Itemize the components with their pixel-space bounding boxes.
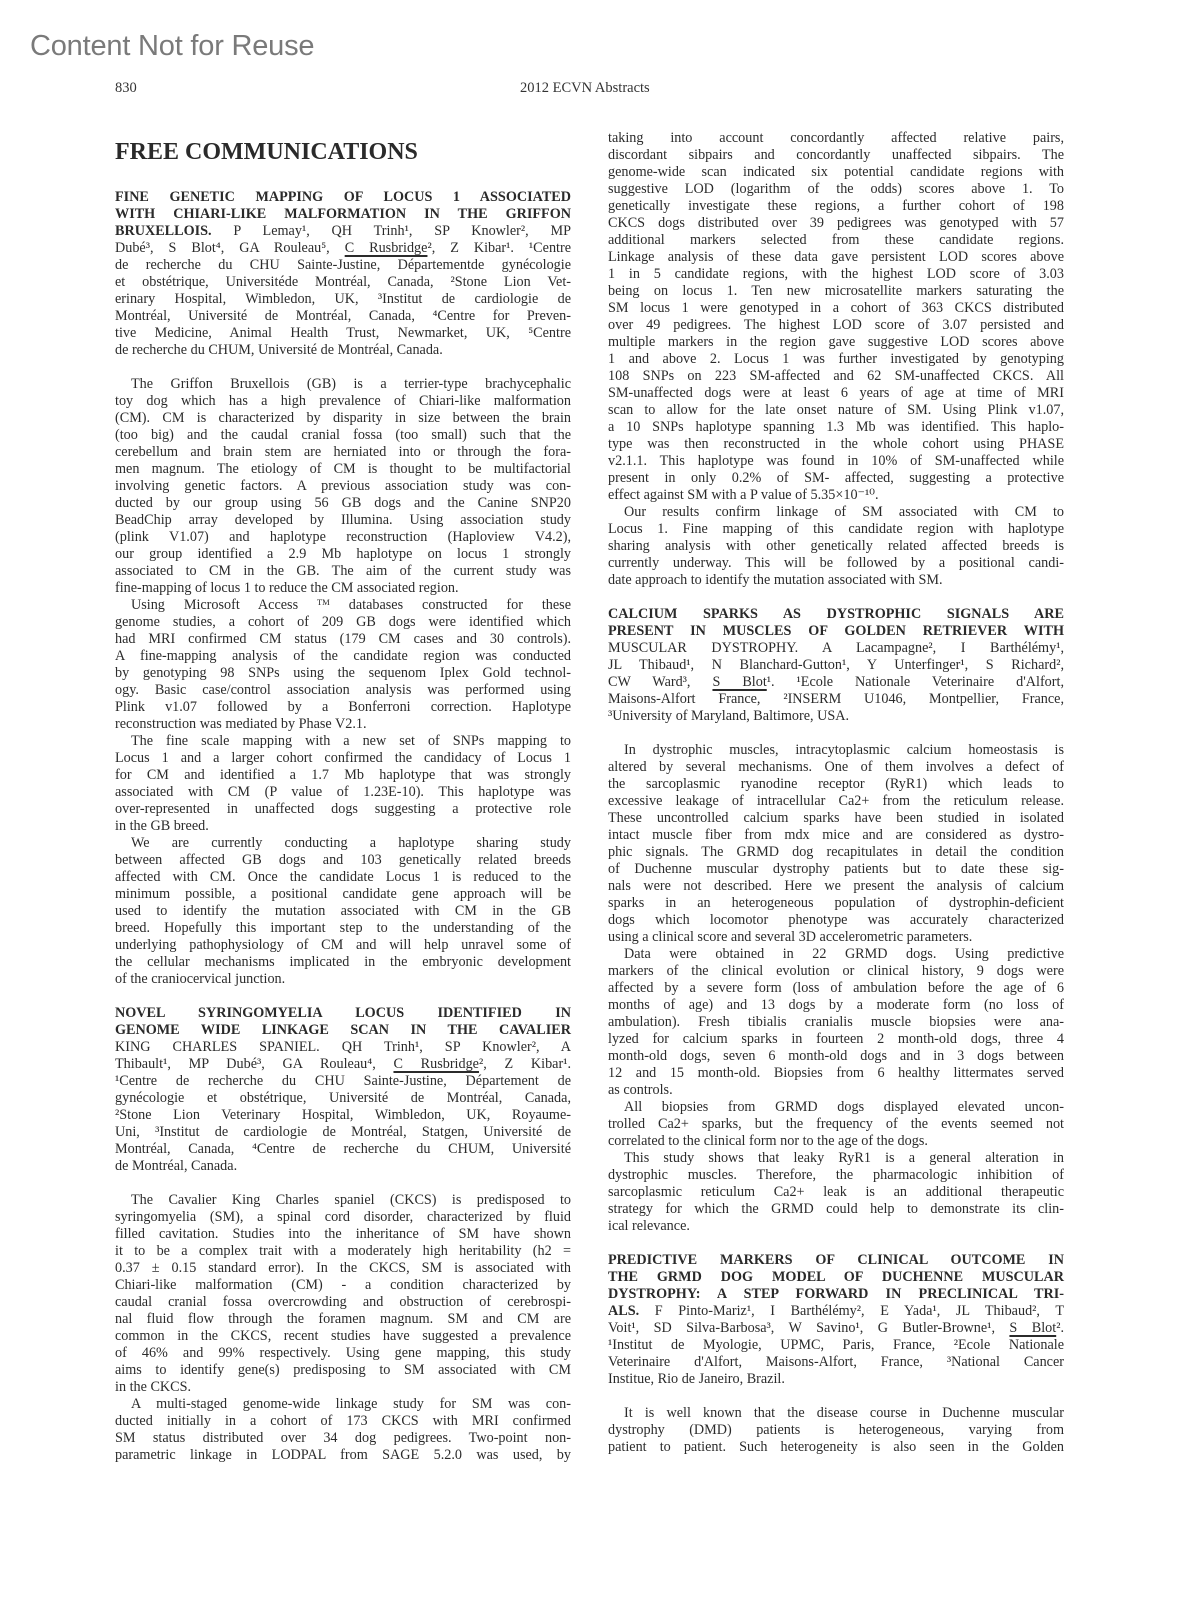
text-line: ducted by our group using 56 GB dogs and… xyxy=(115,495,571,512)
text-line: in the CKCS. xyxy=(115,1379,571,1396)
text-line: SM-unaffected dogs were at least 6 years… xyxy=(608,385,1064,402)
text-line: CKCS dogs distributed over 39 pedigrees … xyxy=(608,215,1064,232)
abstract-header-line: Dubé³, S Blot⁴, GA Rouleau⁵, C Rusbridge… xyxy=(115,240,571,257)
abstract-header-line: Uni, ³Institut de cardiologie de Montréa… xyxy=(115,1124,571,1141)
presenting-author: S Blot xyxy=(712,674,766,690)
abstract-header-line: Veterinaire d'Alfort, Maisons-Alfort, Fr… xyxy=(608,1354,1064,1371)
abstract-header-line: Maisons-Alfort France, ²INSERM U1046, Mo… xyxy=(608,691,1064,708)
text-line: common in the CKCS, recent studies have … xyxy=(115,1328,571,1345)
abstract-paragraph: The fine scale mapping with a new set of… xyxy=(115,733,571,835)
spacer xyxy=(115,359,571,376)
right-column: taking into account concordantly affecte… xyxy=(608,130,1064,1456)
abstract-header-line: de Montréal, Canada. xyxy=(115,1158,571,1175)
text-line: Plink v1.07 followed by a Bonferroni cor… xyxy=(115,699,571,716)
section-heading: FREE COMMUNICATIONS xyxy=(115,133,571,177)
text-line: by genotyping 98 SNPs using the sequenom… xyxy=(115,665,571,682)
text-line: lyzed for calcium sparks in fourteen 2 m… xyxy=(608,1031,1064,1048)
abstract-locus1-griffon: FINE GENETIC MAPPING OF LOCUS 1 ASSOCIAT… xyxy=(115,189,571,988)
text-line: over 49 pedigrees. The highest LOD score… xyxy=(608,317,1064,334)
text-line: date approach to identify the mutation a… xyxy=(608,572,1064,589)
abstract-header-line: ¹Centre de recherche du CHU Sainte-Justi… xyxy=(115,1073,571,1090)
text-line: the sarcoplasmic ryanodine receptor (RyR… xyxy=(608,776,1064,793)
abstract-header-line: CALCIUM SPARKS AS DYSTROPHIC SIGNALS ARE xyxy=(608,606,1064,623)
text-line: ogy. Basic case/control association anal… xyxy=(115,682,571,699)
text-line: of Duchenne muscular dystrophy patients … xyxy=(608,861,1064,878)
text-line: dogs which locomotor phenotype was accur… xyxy=(608,912,1064,929)
text-line: ambulation). Fresh tibialis cranialis mu… xyxy=(608,1014,1064,1031)
abstract-header-line: ²Stone Lion Veterinary Hospital, Wimbled… xyxy=(115,1107,571,1124)
text-line: markers of the clinical evolution or cli… xyxy=(608,963,1064,980)
watermark: Content Not for Reuse xyxy=(30,30,314,63)
text-line: the cellular mechanisms implicated in th… xyxy=(115,954,571,971)
text-line: suggestive LOD (logarithm of the odds) s… xyxy=(608,181,1064,198)
text-line: Locus 1 and a larger cohort confirmed th… xyxy=(115,750,571,767)
abstract-header-line: ³University of Maryland, Baltimore, USA. xyxy=(608,708,1064,725)
text-line: Locus 1. Fine mapping of this candidate … xyxy=(608,521,1064,538)
text-line: between affected GB dogs and 103 genetic… xyxy=(115,852,571,869)
abstract-calcium-sparks-grmd: CALCIUM SPARKS AS DYSTROPHIC SIGNALS ARE… xyxy=(608,606,1064,1235)
text-line: These uncontrolled calcium sparks have b… xyxy=(608,810,1064,827)
abstract-header-line: THE GRMD DOG MODEL OF DUCHENNE MUSCULAR xyxy=(608,1269,1064,1286)
text-line: intact muscle fiber from mdx mice and ar… xyxy=(608,827,1064,844)
abstract-paragraph: We are currently conducting a haplotype … xyxy=(115,835,571,988)
text-line: of 46% and 99% respectively. Using gene … xyxy=(115,1345,571,1362)
text-line: using a clinical score and several 3D ac… xyxy=(608,929,1064,946)
abstract-header-line: WITH CHIARI-LIKE MALFORMATION IN THE GRI… xyxy=(115,206,571,223)
text-line: genetically investigate these regions, a… xyxy=(608,198,1064,215)
abstract-header-line: erinary Hospital, Wimbledon, UK, ³Instit… xyxy=(115,291,571,308)
abstract-header-line: tive Medicine, Animal Health Trust, Newm… xyxy=(115,325,571,342)
abstract-header-line: Voit¹, SD Silva-Barbosa³, W Savino¹, G B… xyxy=(608,1320,1064,1337)
text-line: syringomyelia (SM), a spinal cord disord… xyxy=(115,1209,571,1226)
text-line: nal fluid flow through the foramen magnu… xyxy=(115,1311,571,1328)
text-line: scan to allow for the late onset nature … xyxy=(608,402,1064,419)
text-line: aims to identify gene(s) predisposing to… xyxy=(115,1362,571,1379)
text-line: genome-wide scan indicated six potential… xyxy=(608,164,1064,181)
text-line: sharing analysis with other genetically … xyxy=(608,538,1064,555)
presenting-author: S Blot xyxy=(1009,1320,1056,1336)
abstract-header-line: MUSCULAR DYSTROPHY. A Lacampagne², I Bar… xyxy=(608,640,1064,657)
abstract-paragraph: Our results confirm linkage of SM associ… xyxy=(608,504,1064,589)
text-line: month-old dogs, seven 6 month-old dogs a… xyxy=(608,1048,1064,1065)
abstract-header-line: PREDICTIVE MARKERS OF CLINICAL OUTCOME I… xyxy=(608,1252,1064,1269)
spacer xyxy=(115,988,571,1005)
text-line: (too big) and the caudal cranial fossa (… xyxy=(115,427,571,444)
text-line: used to identify the mutation associated… xyxy=(115,903,571,920)
abstract-predictive-markers-grmd: PREDICTIVE MARKERS OF CLINICAL OUTCOME I… xyxy=(608,1252,1064,1456)
abstract-paragraph: All biopsies from GRMD dogs displayed el… xyxy=(608,1099,1064,1150)
text-line: associated to CM in the GB. The aim of t… xyxy=(115,563,571,580)
abstract-header-line: Montréal, Canada, ⁴Centre de recherche d… xyxy=(115,1141,571,1158)
text-line: 0.37 ± 0.15 standard error). In the CKCS… xyxy=(115,1260,571,1277)
text-line: months of age) and 13 dogs by a moderate… xyxy=(608,997,1064,1014)
text-line: We are currently conducting a haplotype … xyxy=(115,835,571,852)
abstract-syringomyelia-ckcs: NOVEL SYRINGOMYELIA LOCUS IDENTIFIED ING… xyxy=(115,1005,571,1464)
abstract-header-line: ALS. F Pinto-Mariz¹, I Barthélémy², E Ya… xyxy=(608,1303,1064,1320)
text-line: toy dog which has a high prevalence of C… xyxy=(115,393,571,410)
abstract-paragraph: A multi-staged genome-wide linkage study… xyxy=(115,1396,571,1464)
text-line: correlated to the clinical form nor to t… xyxy=(608,1133,1064,1150)
abstract-paragraph: This study shows that leaky RyR1 is a ge… xyxy=(608,1150,1064,1235)
journal-title: 2012 ECVN Abstracts xyxy=(520,80,650,97)
text-line: SM status distributed over 34 dog pedigr… xyxy=(115,1430,571,1447)
text-line: Our results confirm linkage of SM associ… xyxy=(608,504,1064,521)
text-line: minimum possible, a positional candidate… xyxy=(115,886,571,903)
text-line: v2.1.1. This haplotype was found in 10% … xyxy=(608,453,1064,470)
text-line: fine-mapping of locus 1 to reduce the CM… xyxy=(115,580,571,597)
text-line: (plink V1.07) and haplotype reconstructi… xyxy=(115,529,571,546)
text-line: Data were obtained in 22 GRMD dogs. Usin… xyxy=(608,946,1064,963)
text-line: patient to patient. Such heterogeneity i… xyxy=(608,1439,1064,1456)
spacer xyxy=(608,725,1064,742)
abstract-header-line: GENOME WIDE LINKAGE SCAN IN THE CAVALIER xyxy=(115,1022,571,1039)
text-line: 12 and 15 month-old. Biopsies from 6 hea… xyxy=(608,1065,1064,1082)
text-line: altered by several mechanisms. One of th… xyxy=(608,759,1064,776)
abstract-header-line: CW Ward³, S Blot¹. ¹Ecole Nationale Vete… xyxy=(608,674,1064,691)
text-line: present in only 0.2% of SM- affected, su… xyxy=(608,470,1064,487)
text-line: SM locus 1 were genotyped in a cohort of… xyxy=(608,300,1064,317)
text-line: multiple markers in the region gave sugg… xyxy=(608,334,1064,351)
text-line: involving genetic factors. A previous as… xyxy=(115,478,571,495)
text-line: discordant sibpairs and concordantly una… xyxy=(608,147,1064,164)
text-line: over-represented in unaffected dogs sugg… xyxy=(115,801,571,818)
text-line: trolled Ca2+ sparks, but the frequency o… xyxy=(608,1116,1064,1133)
abstract-paragraph: taking into account concordantly affecte… xyxy=(608,130,1064,504)
text-line: had MRI confirmed CM status (179 CM case… xyxy=(115,631,571,648)
spacer xyxy=(608,1235,1064,1252)
text-line: dystrophic muscles. Therefore, the pharm… xyxy=(608,1167,1064,1184)
text-line: additional markers selected from these c… xyxy=(608,232,1064,249)
text-line: cerebellum and brain stem are herniated … xyxy=(115,444,571,461)
text-line: BeadChip array developed by Illumina. Us… xyxy=(115,512,571,529)
abstract-header-line: de recherche du CHU Sainte-Justine, Dépa… xyxy=(115,257,571,274)
text-line: phic signals. The GRMD dog recapitulates… xyxy=(608,844,1064,861)
text-line: A fine-mapping analysis of the candidate… xyxy=(115,648,571,665)
text-line: type was then reconstructed in the whole… xyxy=(608,436,1064,453)
spacer xyxy=(608,1388,1064,1405)
text-line: 1 in 5 candidate regions, with the highe… xyxy=(608,266,1064,283)
abstract-header-line: NOVEL SYRINGOMYELIA LOCUS IDENTIFIED IN xyxy=(115,1005,571,1022)
text-line: 1 and above 2. Locus 1 was further inves… xyxy=(608,351,1064,368)
abstract-header-line: PRESENT IN MUSCLES OF GOLDEN RETRIEVER W… xyxy=(608,623,1064,640)
abstract-header-line: gynécologie et obstétrique, Université d… xyxy=(115,1090,571,1107)
text-line: sarcoplasmic reticulum Ca2+ leak is an a… xyxy=(608,1184,1064,1201)
text-line: It is well known that the disease course… xyxy=(608,1405,1064,1422)
text-line: strategy for which the GRMD could help t… xyxy=(608,1201,1064,1218)
text-line: being on locus 1. Ten new microsatellite… xyxy=(608,283,1064,300)
text-line: men magnum. The etiology of CM is though… xyxy=(115,461,571,478)
text-line: taking into account concordantly affecte… xyxy=(608,130,1064,147)
abstract-paragraph: The Cavalier King Charles spaniel (CKCS)… xyxy=(115,1192,571,1396)
abstract-header-line: KING CHARLES SPANIEL. QH Trinh¹, SP Know… xyxy=(115,1039,571,1056)
presenting-author: C Rusbridge xyxy=(393,1056,479,1072)
abstract-syringomyelia-ckcs-continued: taking into account concordantly affecte… xyxy=(608,130,1064,589)
text-line: filled cavitation. Studies into the inhe… xyxy=(115,1226,571,1243)
abstract-paragraph: The Griffon Bruxellois (GB) is a terrier… xyxy=(115,376,571,597)
text-line: This study shows that leaky RyR1 is a ge… xyxy=(608,1150,1064,1167)
abstract-paragraph: In dystrophic muscles, intracytoplasmic … xyxy=(608,742,1064,946)
text-line: dystrophy (DMD) patients is heterogeneou… xyxy=(608,1422,1064,1439)
text-line: caudal cranial fossa overcrowding and ob… xyxy=(115,1294,571,1311)
text-line: for CM and identified a 1.7 Mb haplotype… xyxy=(115,767,571,784)
text-line: effect against SM with a P value of 5.35… xyxy=(608,487,1064,504)
text-line: 108 SNPs on 223 SM-affected and 62 SM-un… xyxy=(608,368,1064,385)
abstract-header-line: Thibault¹, MP Dubé³, GA Rouleau⁴, C Rusb… xyxy=(115,1056,571,1073)
abstract-header-line: DYSTROPHY: A STEP FORWARD IN PRECLINICAL… xyxy=(608,1286,1064,1303)
text-line: nals were not described. Here we present… xyxy=(608,878,1064,895)
abstract-header-line: BRUXELLOIS. P Lemay¹, QH Trinh¹, SP Know… xyxy=(115,223,571,240)
text-line: it to be a complex trait with a moderate… xyxy=(115,1243,571,1260)
text-line: parametric linkage in LODPAL from SAGE 5… xyxy=(115,1447,571,1464)
abstract-paragraph: Using Microsoft Access ᵀᴹ databases cons… xyxy=(115,597,571,733)
text-line: of the craniocervical junction. xyxy=(115,971,571,988)
abstract-header-line: FINE GENETIC MAPPING OF LOCUS 1 ASSOCIAT… xyxy=(115,189,571,206)
abstract-paragraph: Data were obtained in 22 GRMD dogs. Usin… xyxy=(608,946,1064,1099)
presenting-author: C Rusbridge xyxy=(345,240,428,256)
text-line: (CM). CM is characterized by disparity i… xyxy=(115,410,571,427)
page-number: 830 xyxy=(115,80,137,97)
abstract-header-line: de recherche du CHUM, Université de Mont… xyxy=(115,342,571,359)
text-line: a 10 SNPs haplotype spanning 1.3 Mb was … xyxy=(608,419,1064,436)
text-line: Linkage analysis of these data gave pers… xyxy=(608,249,1064,266)
spacer xyxy=(608,589,1064,606)
text-line: The Cavalier King Charles spaniel (CKCS)… xyxy=(115,1192,571,1209)
text-line: as controls. xyxy=(608,1082,1064,1099)
text-line: underlying pathophysiology of CM and wil… xyxy=(115,937,571,954)
text-line: affected with CM. Once the candidate Loc… xyxy=(115,869,571,886)
text-line: excessive leakage of intracellular Ca2+ … xyxy=(608,793,1064,810)
text-line: The fine scale mapping with a new set of… xyxy=(115,733,571,750)
abstract-header-line: JL Thibaud¹, N Blanchard-Gutton¹, Y Unte… xyxy=(608,657,1064,674)
text-line: In dystrophic muscles, intracytoplasmic … xyxy=(608,742,1064,759)
text-line: All biopsies from GRMD dogs displayed el… xyxy=(608,1099,1064,1116)
text-line: in the GB breed. xyxy=(115,818,571,835)
text-line: our group identified a 2.9 Mb haplotype … xyxy=(115,546,571,563)
abstract-paragraph: It is well known that the disease course… xyxy=(608,1405,1064,1456)
text-line: sparks in an heterogeneous population of… xyxy=(608,895,1064,912)
spacer xyxy=(115,1175,571,1192)
abstract-header-line: ¹Institut de Myologie, UPMC, Paris, Fran… xyxy=(608,1337,1064,1354)
text-line: reconstruction was mediated by Phase V2.… xyxy=(115,716,571,733)
abstract-header-line: Montréal, Université de Montréal, Canada… xyxy=(115,308,571,325)
text-line: genome studies, a cohort of 209 GB dogs … xyxy=(115,614,571,631)
text-line: A multi-staged genome-wide linkage study… xyxy=(115,1396,571,1413)
text-line: affected by a severe form (loss of ambul… xyxy=(608,980,1064,997)
text-line: breed. Hopefully this important step to … xyxy=(115,920,571,937)
text-line: associated with CM (P value of 1.23E-10)… xyxy=(115,784,571,801)
left-column: FREE COMMUNICATIONS FINE GENETIC MAPPING… xyxy=(115,133,571,1464)
text-line: Chiari-like malformation (CM) - a condit… xyxy=(115,1277,571,1294)
text-line: currently underway. This will be followe… xyxy=(608,555,1064,572)
abstract-header-line: Institue, Rio de Janeiro, Brazil. xyxy=(608,1371,1064,1388)
abstract-header-line: et obstétrique, Universitéde Montréal, C… xyxy=(115,274,571,291)
text-line: ducted initially in a cohort of 173 CKCS… xyxy=(115,1413,571,1430)
text-line: Using Microsoft Access ᵀᴹ databases cons… xyxy=(115,597,571,614)
text-line: The Griffon Bruxellois (GB) is a terrier… xyxy=(115,376,571,393)
text-line: ical relevance. xyxy=(608,1218,1064,1235)
